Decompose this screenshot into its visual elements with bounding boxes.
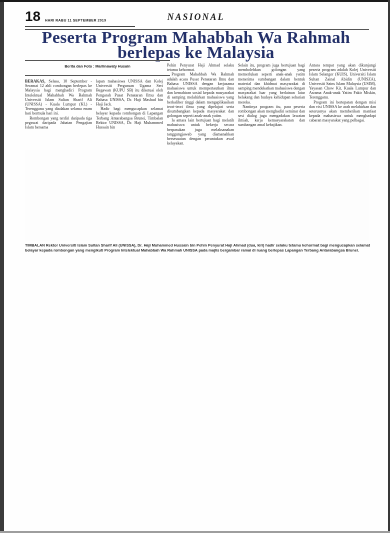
byline: Berita dan Foto : Marlinawaty Husain bbox=[25, 64, 170, 69]
paragraph: Antara tempat yang akan dikunjungi peser… bbox=[309, 63, 376, 100]
scan-border-top bbox=[0, 0, 390, 2]
paragraph: Nantinya program itu, para peserta rombo… bbox=[238, 104, 305, 127]
article-column-1-text: BERAKAS, Selasa, 10 September - Seramai … bbox=[25, 79, 92, 130]
paragraph: Ia antara lain bertujuan bagi melatih ma… bbox=[167, 118, 234, 146]
paragraph: lapan mahasiswa UNISSA dan Kolej Univers… bbox=[96, 79, 163, 107]
newspaper-page: 18 HARI RABU 11 SEPTEMBER 2019 NASIONAL … bbox=[4, 2, 388, 531]
scan-border-left bbox=[0, 0, 4, 533]
byline-box: Berita dan Foto : Marlinawaty Husain bbox=[25, 60, 170, 76]
section-title: NASIONAL bbox=[4, 12, 388, 22]
article-column-2-text: lapan mahasiswa UNISSA dan Kolej Univers… bbox=[96, 79, 163, 130]
masthead-rule-short bbox=[25, 26, 135, 27]
paragraph: Selain itu, program juga bertujuan bagi … bbox=[238, 63, 305, 104]
photo-caption-area: TIMBALAN Rektor Universiti Islam Sultan … bbox=[25, 243, 370, 258]
photo-washed-out bbox=[25, 150, 369, 241]
article-column-2: lapan mahasiswa UNISSA dan Kolej Univers… bbox=[96, 79, 163, 150]
paragraph: Program ini bertepatan dengan misi dan v… bbox=[309, 100, 376, 123]
paragraph: Pehin Penyurat Haji Ahmad selaku tetamu … bbox=[167, 63, 234, 72]
article-column-5-text: Antara tempat yang akan dikunjungi peser… bbox=[309, 63, 376, 123]
paragraph-text: Selasa, 10 September - Seramai 12 ahli r… bbox=[25, 79, 92, 116]
article-column-3-text: Pehin Penyurat Haji Ahmad selaku tetamu … bbox=[167, 63, 234, 146]
article-column-3: Pehin Penyurat Haji Ahmad selaku tetamu … bbox=[167, 63, 234, 150]
headline-line2: berlepas ke Malaysia bbox=[4, 46, 388, 61]
photo-caption: TIMBALAN Rektor Universiti Islam Sultan … bbox=[25, 243, 370, 253]
article-column-4: Selain itu, program juga bertujuan bagi … bbox=[238, 63, 305, 150]
paragraph: Rombongan yang terdiri daripada tiga peg… bbox=[25, 116, 92, 130]
paragraph: BERAKAS, Selasa, 10 September - Seramai … bbox=[25, 79, 92, 116]
paragraph: Hadir bagi mengucapkan selamat belayar k… bbox=[96, 107, 163, 130]
article-column-4-text: Selain itu, program juga bertujuan bagi … bbox=[238, 63, 305, 127]
article-column-1: BERAKAS, Selasa, 10 September - Seramai … bbox=[25, 79, 92, 150]
article-column-5: Antara tempat yang akan dikunjungi peser… bbox=[309, 63, 376, 150]
paragraph: Program Mahabbah Wa Rahmah adalah acara … bbox=[167, 72, 234, 118]
article-headline: Peserta Program Mahabbah Wa Rahmah berle… bbox=[4, 31, 388, 61]
